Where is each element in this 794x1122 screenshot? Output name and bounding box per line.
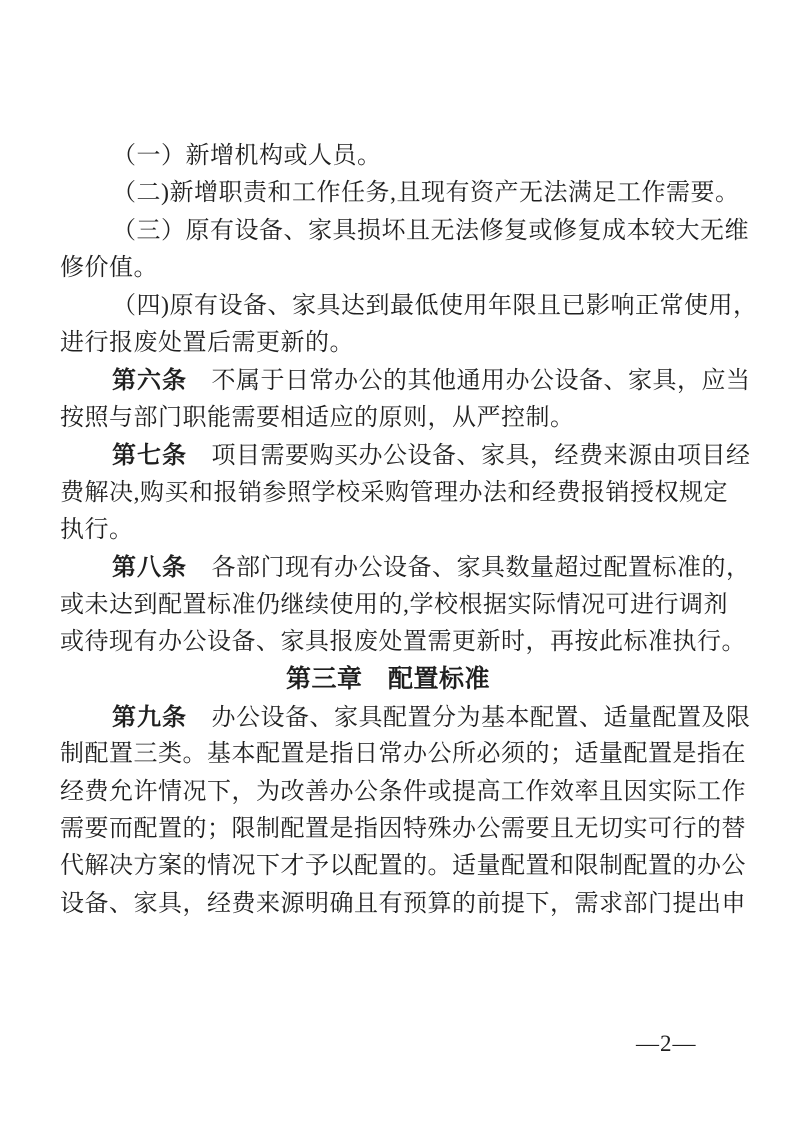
text-line: 执行。: [60, 512, 716, 549]
page-number: —2—: [636, 1030, 697, 1058]
text-line: （一）新增机构或人员。: [60, 138, 716, 175]
text-line: 或未达到配置标准仍继续使用的,学校根据实际情况可进行调剂: [60, 587, 716, 624]
text-line: 按照与部门职能需要相适应的原则，从严控制。: [60, 400, 716, 437]
text-line: （三）原有设备、家具损坏且无法修复或修复成本较大无维: [60, 213, 716, 250]
text-line: 代解决方案的情况下才予以配置的。适量配置和限制配置的办公: [60, 848, 716, 885]
text-line: 设备、家具，经费来源明确且有预算的前提下，需求部门提出申: [60, 886, 716, 923]
text-line: 第八条 各部门现有办公设备、家具数量超过配置标准的，: [60, 549, 716, 586]
document-page: （一）新增机构或人员。（二)新增职责和工作任务,且现有资产无法满足工作需要。（三…: [0, 0, 794, 1122]
article-number: 第九条: [112, 704, 187, 731]
text-line: 需要而配置的；限制配置是指因特殊办公需要且无切实可行的替: [60, 811, 716, 848]
text-line: 修价值。: [60, 250, 716, 287]
text-line: 费解决,购买和报销参照学校采购管理办法和经费报销授权规定: [60, 475, 716, 512]
text-line: （二)新增职责和工作任务,且现有资产无法满足工作需要。: [60, 175, 716, 212]
text-line: 制配置三类。基本配置是指日常办公所必须的；适量配置是指在: [60, 736, 716, 773]
text-line: 或待现有办公设备、家具报废处置需更新时，再按此标准执行。: [60, 624, 716, 661]
article-number: 第七条: [112, 442, 187, 469]
text-line: 第六条 不属于日常办公的其他通用办公设备、家具，应当: [60, 362, 716, 399]
text-line: 第七条 项目需要购买办公设备、家具，经费来源由项目经: [60, 437, 716, 474]
text-line: （四)原有设备、家具达到最低使用年限且已影响正常使用，: [60, 288, 716, 325]
article-number: 第六条: [112, 367, 187, 394]
text-line: 第九条 办公设备、家具配置分为基本配置、适量配置及限: [60, 699, 716, 736]
chapter-heading: 第三章 配置标准: [60, 661, 716, 698]
text-line: 进行报废处置后需更新的。: [60, 325, 716, 362]
article-number: 第八条: [112, 554, 187, 581]
text-line: 经费允许情况下，为改善办公条件或提高工作效率且因实际工作: [60, 774, 716, 811]
document-body: （一）新增机构或人员。（二)新增职责和工作任务,且现有资产无法满足工作需要。（三…: [60, 138, 716, 923]
